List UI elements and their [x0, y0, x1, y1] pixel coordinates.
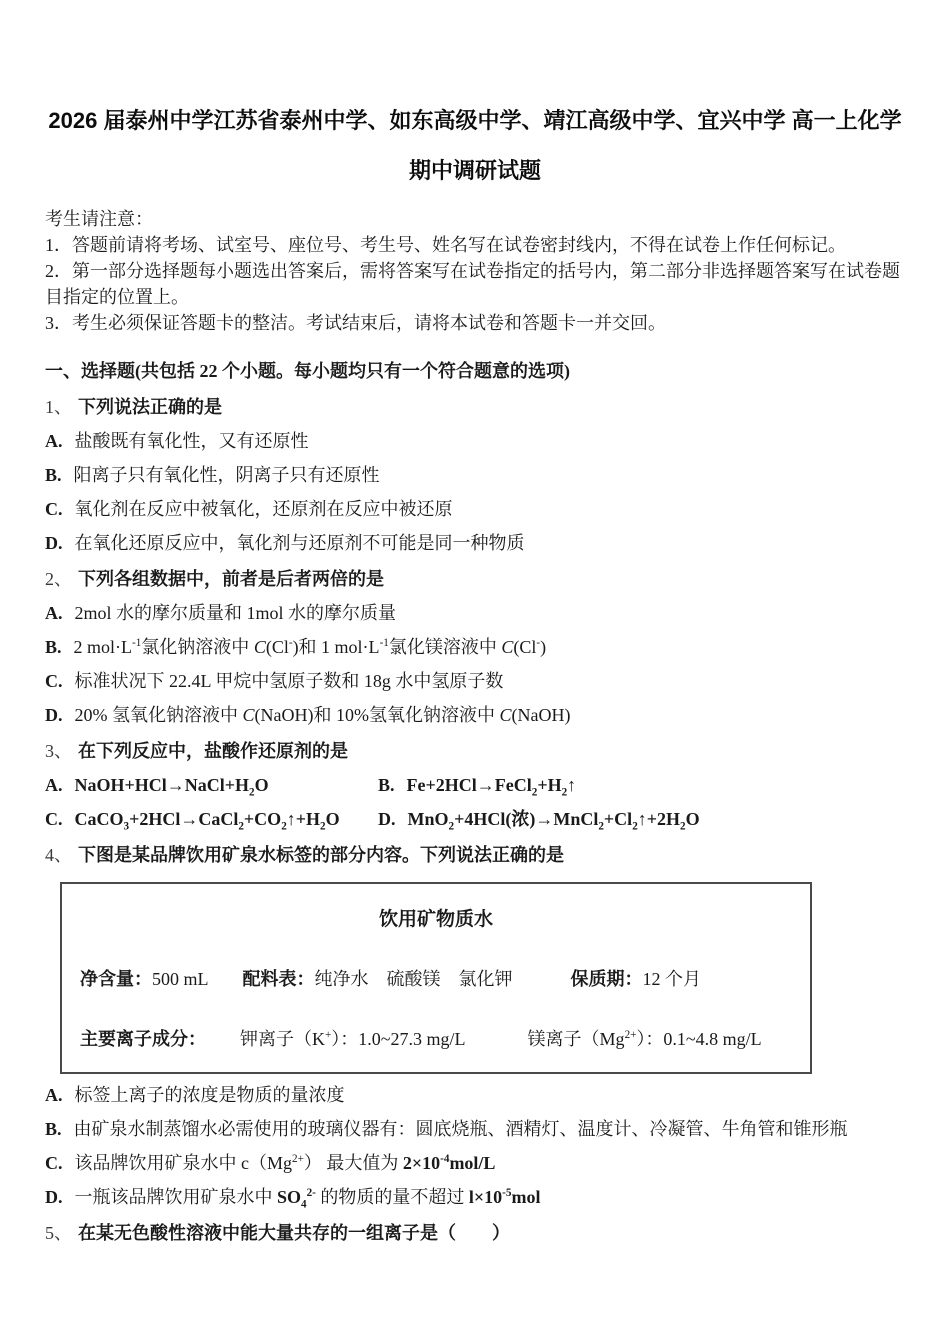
option-label: A.	[45, 431, 63, 451]
option-row: A.标签上离子的浓度是物质的量浓度	[45, 1082, 905, 1108]
question-number: 2、	[45, 569, 72, 589]
option-label: C.	[45, 1153, 63, 1173]
option-label: A.	[45, 603, 63, 623]
shelf-life-label: 保质期：	[571, 969, 643, 989]
option-row: A.NaOH+HCl→NaCl+H2O	[45, 772, 378, 798]
question-stem-text: 在某无色酸性溶液中能大量共存的一组离子是（ ）	[78, 1223, 510, 1243]
option-text: 盐酸既有氧化性，又有还原性	[75, 431, 309, 451]
question-4: 4、下图是某品牌饮用矿泉水标签的部分内容。下列说法正确的是 饮用矿物质水 净含量…	[45, 842, 905, 1210]
mineral-water-label-box: 饮用矿物质水 净含量：500 mL配料表：纯净水 硫酸镁 氯化钾保质期：12 个…	[60, 882, 812, 1074]
option-text: 标准状况下 22.4L 甲烷中氢原子数和 18g 水中氢原子数	[75, 671, 504, 691]
notice-item-3: 3．考生必须保证答题卡的整洁。考试结束后，请将本试卷和答题卡一并交回。	[45, 310, 905, 336]
option-text: 20% 氢氧化钠溶液中 C(NaOH)和 10%氢氧化钠溶液中 C(NaOH)	[75, 705, 571, 725]
option-text: 标签上离子的浓度是物质的量浓度	[75, 1085, 345, 1105]
question-3-stem: 3、在下列反应中，盐酸作还原剂的是	[45, 738, 905, 764]
option-label: A.	[45, 775, 63, 795]
question-number: 4、	[45, 845, 72, 865]
option-label: B.	[378, 775, 395, 795]
question-stem-text: 在下列反应中，盐酸作还原剂的是	[78, 741, 348, 761]
option-text: 由矿泉水制蒸馏水必需使用的玻璃仪器有：圆底烧瓶、酒精灯、温度计、冷凝管、牛角管和…	[74, 1119, 848, 1139]
notice-item-1: 1．答题前请将考场、试室号、座位号、考生号、姓名写在试卷密封线内，不得在试卷上作…	[45, 232, 905, 258]
section-header: 一、选择题(共包括 22 个小题。每小题均只有一个符合题意的选项)	[45, 358, 905, 384]
notice-item-2: 2．第一部分选择题每小题选出答案后，需将答案写在试卷指定的括号内，第二部分非选择…	[45, 258, 905, 310]
label-box-title: 饮用矿物质水	[80, 904, 792, 931]
option-text: NaOH+HCl→NaCl+H2O	[75, 775, 269, 795]
option-text: 2 mol·L-1氯化钠溶液中 C(Cl-)和 1 mol·L-1氯化镁溶液中 …	[74, 637, 547, 657]
question-1: 1、下列说法正确的是 A.盐酸既有氧化性，又有还原性 B.阳离子只有氧化性，阴离…	[45, 394, 905, 556]
option-text: Fe+2HCl→FeCl2+H2↑	[407, 775, 577, 795]
exam-paper-page: 2026 届泰州中学江苏省泰州中学、如东高级中学、靖江高级中学、宜兴中学 高一上…	[0, 0, 950, 1246]
question-2: 2、下列各组数据中，前者是后者两倍的是 A.2mol 水的摩尔质量和 1mol …	[45, 566, 905, 728]
exam-title-line2: 期中调研试题	[23, 158, 927, 184]
option-label: B.	[45, 465, 62, 485]
label-box-row-2: 主要离子成分：钾离子（K+）：1.0~27.3 mg/L镁离子（Mg2+）：0.…	[80, 1025, 792, 1051]
option-label: D.	[378, 809, 396, 829]
question-3: 3、在下列反应中，盐酸作还原剂的是 A.NaOH+HCl→NaCl+H2O B.…	[45, 738, 905, 832]
question-4-stem: 4、下图是某品牌饮用矿泉水标签的部分内容。下列说法正确的是	[45, 842, 905, 868]
exam-title-line1: 2026 届泰州中学江苏省泰州中学、如东高级中学、靖江高级中学、宜兴中学 高一上…	[23, 108, 927, 134]
ingredients-value: 纯净水 硫酸镁 氯化钾	[315, 969, 513, 989]
option-text: 阳离子只有氧化性，阴离子只有还原性	[74, 465, 380, 485]
option-text: 该品牌饮用矿泉水中 c（Mg2+） 最大值为 2×10-4mol/L	[75, 1153, 496, 1173]
option-row: D.20% 氢氧化钠溶液中 C(NaOH)和 10%氢氧化钠溶液中 C(NaOH…	[45, 702, 905, 728]
option-label: C.	[45, 809, 63, 829]
ingredients-label: 配料表：	[243, 969, 315, 989]
notice-heading: 考生请注意：	[45, 206, 905, 232]
option-row: C.该品牌饮用矿泉水中 c（Mg2+） 最大值为 2×10-4mol/L	[45, 1150, 905, 1176]
option-text: MnO2+4HCl(浓)→MnCl2+Cl2↑+2H2O	[408, 809, 700, 829]
net-content-value: 500 mL	[152, 969, 209, 989]
option-label: D.	[45, 705, 63, 725]
option-row: A.2mol 水的摩尔质量和 1mol 水的摩尔质量	[45, 600, 905, 626]
question-2-stem: 2、下列各组数据中，前者是后者两倍的是	[45, 566, 905, 592]
question-number: 5、	[45, 1223, 72, 1243]
question-5: 5、在某无色酸性溶液中能大量共存的一组离子是（ ）	[45, 1220, 905, 1246]
option-row: D.在氧化还原反应中，氧化剂与还原剂不可能是同一种物质	[45, 530, 905, 556]
option-row: D.MnO2+4HCl(浓)→MnCl2+Cl2↑+2H2O	[378, 806, 905, 832]
question-stem-text: 下列说法正确的是	[78, 397, 222, 417]
question-5-stem: 5、在某无色酸性溶液中能大量共存的一组离子是（ ）	[45, 1220, 905, 1246]
option-label: D.	[45, 533, 63, 553]
option-row: B.阳离子只有氧化性，阴离子只有还原性	[45, 462, 905, 488]
main-ions-label: 主要离子成分：	[80, 1029, 206, 1049]
option-label: D.	[45, 1187, 63, 1207]
option-text: 在氧化还原反应中，氧化剂与还原剂不可能是同一种物质	[75, 533, 525, 553]
option-label: B.	[45, 1119, 62, 1139]
question-stem-text: 下列各组数据中，前者是后者两倍的是	[78, 569, 384, 589]
option-label: A.	[45, 1085, 63, 1105]
option-row: B.Fe+2HCl→FeCl2+H2↑	[378, 772, 905, 798]
option-text: 2mol 水的摩尔质量和 1mol 水的摩尔质量	[75, 603, 397, 623]
option-text: CaCO3+2HCl→CaCl2+CO2↑+H2O	[75, 809, 340, 829]
option-row: D.一瓶该品牌饮用矿泉水中 SO42- 的物质的量不超过 l×10-5mol	[45, 1184, 905, 1210]
magnesium-ion-value: 镁离子（Mg2+）：0.1~4.8 mg/L	[528, 1029, 762, 1049]
question-1-stem: 1、下列说法正确的是	[45, 394, 905, 420]
question-stem-text: 下图是某品牌饮用矿泉水标签的部分内容。下列说法正确的是	[78, 845, 564, 865]
option-grid: A.NaOH+HCl→NaCl+H2O B.Fe+2HCl→FeCl2+H2↑ …	[45, 764, 905, 832]
option-row: B.2 mol·L-1氯化钠溶液中 C(Cl-)和 1 mol·L-1氯化镁溶液…	[45, 634, 905, 660]
option-label: C.	[45, 671, 63, 691]
option-text: 一瓶该品牌饮用矿泉水中 SO42- 的物质的量不超过 l×10-5mol	[75, 1187, 541, 1207]
option-label: C.	[45, 499, 63, 519]
option-row: C.标准状况下 22.4L 甲烷中氢原子数和 18g 水中氢原子数	[45, 668, 905, 694]
candidate-notice: 考生请注意： 1．答题前请将考场、试室号、座位号、考生号、姓名写在试卷密封线内，…	[45, 206, 905, 336]
net-content-label: 净含量：	[80, 969, 152, 989]
potassium-ion-value: 钾离子（K+）：1.0~27.3 mg/L	[240, 1029, 466, 1049]
question-number: 3、	[45, 741, 72, 761]
option-text: 氧化剂在反应中被氧化，还原剂在反应中被还原	[75, 499, 453, 519]
option-row: B.由矿泉水制蒸馏水必需使用的玻璃仪器有：圆底烧瓶、酒精灯、温度计、冷凝管、牛角…	[45, 1116, 905, 1142]
label-box-row-1: 净含量：500 mL配料表：纯净水 硫酸镁 氯化钾保质期：12 个月	[80, 965, 792, 991]
option-row: A.盐酸既有氧化性，又有还原性	[45, 428, 905, 454]
option-row: C.氧化剂在反应中被氧化，还原剂在反应中被还原	[45, 496, 905, 522]
option-row: C.CaCO3+2HCl→CaCl2+CO2↑+H2O	[45, 806, 378, 832]
shelf-life-value: 12 个月	[643, 969, 702, 989]
option-label: B.	[45, 637, 62, 657]
exam-title: 2026 届泰州中学江苏省泰州中学、如东高级中学、靖江高级中学、宜兴中学 高一上…	[23, 108, 927, 184]
question-number: 1、	[45, 397, 72, 417]
